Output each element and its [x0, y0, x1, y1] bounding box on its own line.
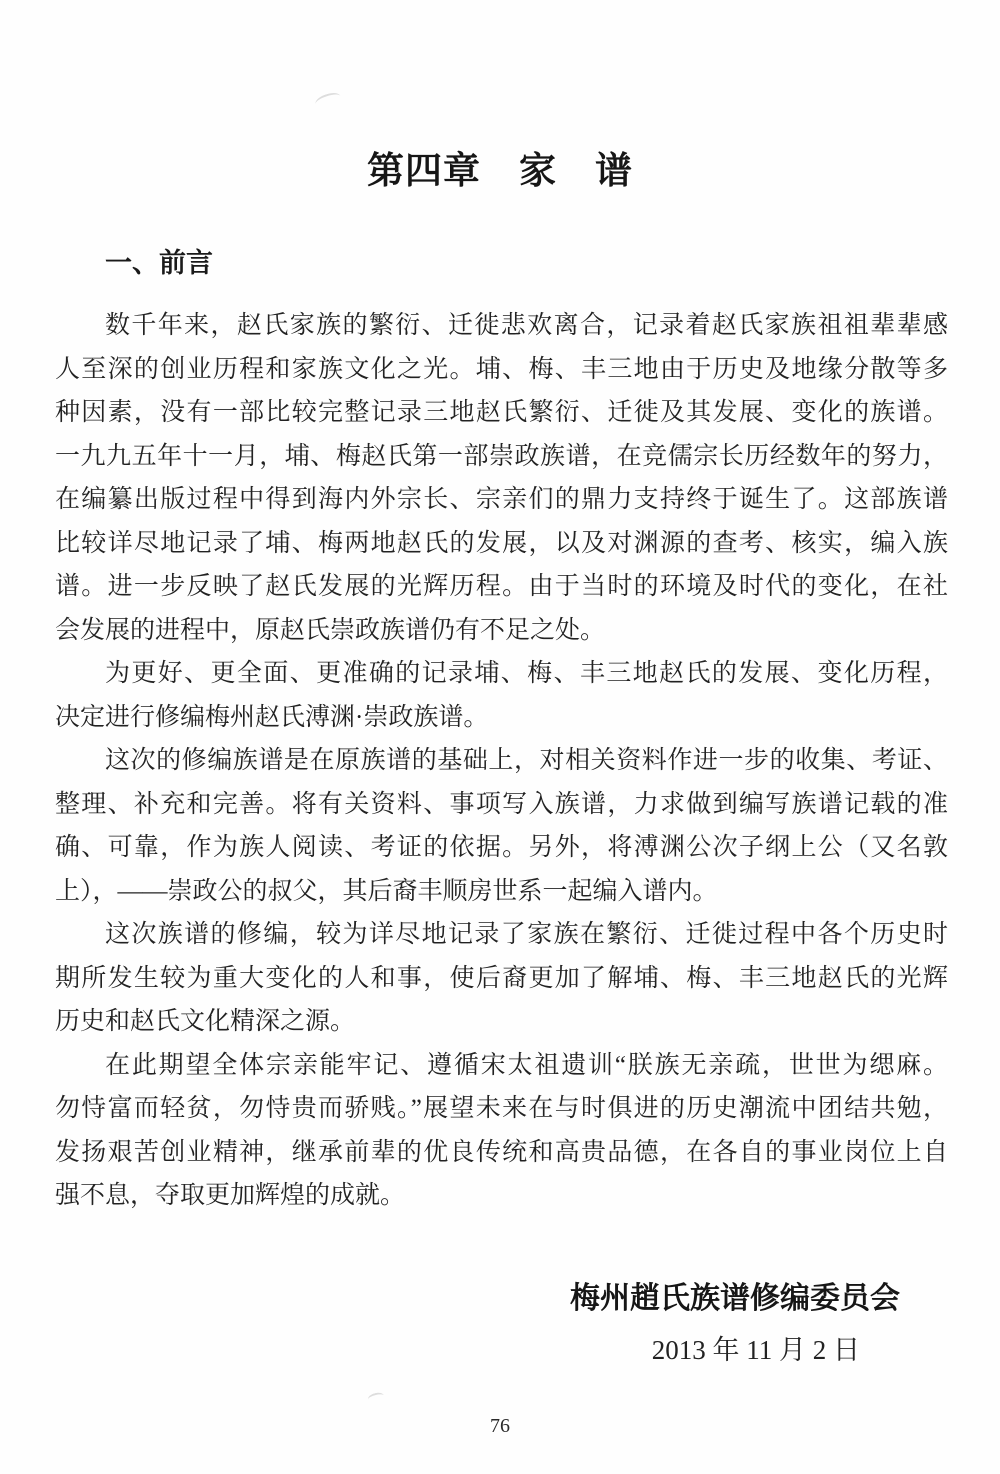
page-number: 76 — [0, 1415, 1000, 1438]
body: 数千年来，赵氏家族的繁衍、迁徙悲欢离合，记录着赵氏家族祖祖辈辈感人至深的创业历程… — [55, 304, 948, 1218]
body-line: 数千年来，赵氏家族的繁衍、迁徙悲欢离合，记录着赵氏家族祖祖辈辈感 — [55, 304, 948, 348]
body-line: 一九九五年十一月，埔、梅赵氏第一部崇政族谱，在竞儒宗长历经数年的努力， — [55, 435, 948, 479]
body-line: 会发展的进程中，原赵氏崇政族谱仍有不足之处。 — [55, 609, 948, 653]
scan-artifact — [314, 90, 342, 109]
body-line: 发扬艰苦创业精神，继承前辈的优良传统和高贵品德，在各自的事业岗位上自 — [55, 1131, 948, 1175]
body-line: 确、可靠，作为族人阅读、考证的依据。另外，将溥渊公次子纲上公（又名敦 — [55, 826, 948, 870]
section-heading: 一、前言 — [105, 246, 1000, 280]
body-line: 比较详尽地记录了埔、梅两地赵氏的发展，以及对渊源的查考、核实，编入族 — [55, 522, 948, 566]
body-line: 在此期望全体宗亲能牢记、遵循宋太祖遗训“朕族无亲疏，世世为缌麻。 — [55, 1044, 948, 1088]
body-line: 在编纂出版过程中得到海内外宗长、宗亲们的鼎力支持终于诞生了。这部族谱 — [55, 478, 948, 522]
signature-date: 2013 年 11 月 2 日 — [0, 1332, 860, 1368]
body-line: 上），——崇政公的叔父，其后裔丰顺房世系一起编入谱内。 — [55, 870, 948, 914]
chapter-title: 第四章 家 谱 — [0, 148, 1000, 194]
body-line: 谱。进一步反映了赵氏发展的光辉历程。由于当时的环境及时代的变化，在社 — [55, 565, 948, 609]
body-line: 决定进行修编梅州赵氏溥渊·崇政族谱。 — [55, 696, 948, 740]
body-line: 整理、补充和完善。将有关资料、事项写入族谱，力求做到编写族谱记载的准 — [55, 783, 948, 827]
body-line: 历史和赵氏文化精深之源。 — [55, 1000, 948, 1044]
body-line: 勿恃富而轻贫，勿恃贵而骄贱。”展望未来在与时俱进的历史潮流中团结共勉， — [55, 1087, 948, 1131]
body-line: 强不息，夺取更加辉煌的成就。 — [55, 1174, 948, 1218]
body-line: 这次族谱的修编，较为详尽地记录了家族在繁衍、迁徙过程中各个历史时 — [55, 913, 948, 957]
body-line: 种因素，没有一部比较完整记录三地赵氏繁衍、迁徙及其发展、变化的族谱。 — [55, 391, 948, 435]
body-line: 为更好、更全面、更准确的记录埔、梅、丰三地赵氏的发展、变化历程， — [55, 652, 948, 696]
signature-committee: 梅州趙氏族谱修编委员会 — [0, 1280, 900, 1318]
body-line: 人至深的创业历程和家族文化之光。埔、梅、丰三地由于历史及地缘分散等多 — [55, 348, 948, 392]
body-line: 这次的修编族谱是在原族谱的基础上，对相关资料作进一步的收集、考证、 — [55, 739, 948, 783]
body-line: 期所发生较为重大变化的人和事，使后裔更加了解埔、梅、丰三地赵氏的光辉 — [55, 957, 948, 1001]
document-page: 第四章 家 谱 一、前言 数千年来，赵氏家族的繁衍、迁徙悲欢离合，记录着赵氏家族… — [0, 0, 1000, 1474]
scan-artifact — [367, 1391, 385, 1404]
